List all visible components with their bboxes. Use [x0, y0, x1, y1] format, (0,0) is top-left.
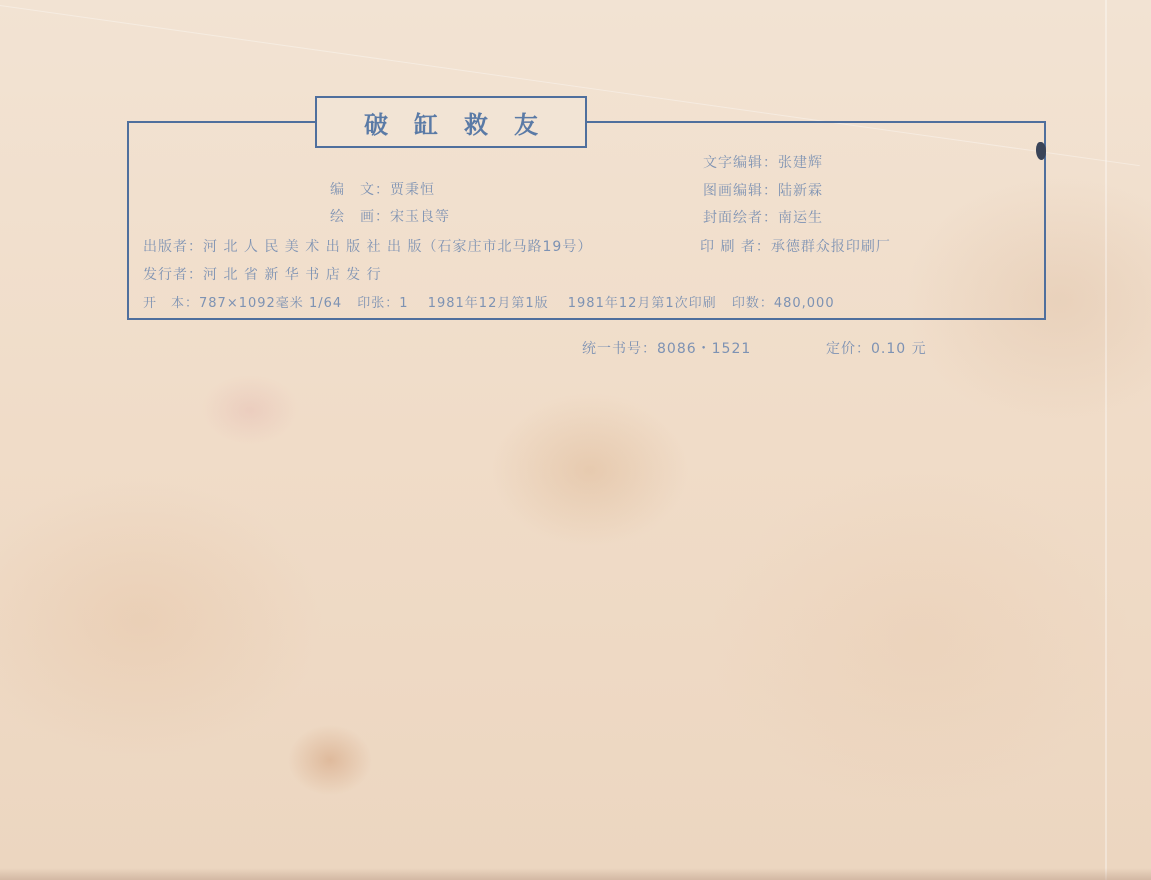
paper-crease [1105, 0, 1107, 880]
author-label: 编 文： [330, 182, 390, 198]
illustrator-label: 绘 画： [330, 209, 390, 225]
illustrator-name: 宋玉良等 [390, 209, 450, 225]
printing-value: 1981年12月第1次印刷 [568, 296, 717, 311]
text-editor-label: 文字编辑： [703, 155, 778, 171]
sheets-label: 印张： [357, 296, 399, 311]
distributor-name: 河 北 省 新 华 书 店 发 行 [203, 267, 382, 283]
art-editor-credit: 图画编辑：陆新霖 [703, 180, 823, 200]
cover-artist-label: 封面绘者： [703, 210, 778, 226]
cover-artist-name: 南运生 [778, 210, 823, 226]
publisher-label: 出版者： [143, 239, 203, 255]
ink-blot [1036, 142, 1046, 160]
price-value: 0.10 元 [871, 341, 927, 357]
isbn-line: 统一书号：8086・1521 [582, 338, 751, 358]
colophon-frame [127, 121, 1046, 320]
art-editor-name: 陆新霖 [778, 183, 823, 199]
edition-value: 1981年12月第1版 [428, 296, 549, 311]
art-editor-label: 图画编辑： [703, 183, 778, 199]
price-label: 定价： [826, 341, 871, 357]
distributor-line: 发行者：河 北 省 新 华 书 店 发 行 [143, 264, 382, 284]
printer-name: 承德群众报印刷厂 [771, 239, 891, 255]
book-title-box: 破缸救友 [315, 96, 587, 148]
distributor-label: 发行者： [143, 267, 203, 283]
publisher-name: 河 北 人 民 美 术 出 版 社 出 版（石家庄市北马路19号） [203, 239, 592, 255]
text-editor-name: 张建辉 [778, 155, 823, 171]
paper-worn-edge [0, 868, 1151, 880]
text-editor-credit: 文字编辑：张建辉 [703, 152, 823, 172]
author-name: 贾秉恒 [390, 182, 435, 198]
printer-line: 印 刷 者：承德群众报印刷厂 [700, 236, 891, 256]
sheets-value: 1 [399, 296, 408, 311]
format-value: 787×1092毫米 1/64 [199, 296, 342, 311]
book-title: 破缸救友 [338, 105, 564, 140]
isbn-label: 统一书号： [582, 341, 657, 357]
publisher-line: 出版者：河 北 人 民 美 术 出 版 社 出 版（石家庄市北马路19号） [143, 236, 592, 256]
illustrator-credit: 绘 画：宋玉良等 [330, 206, 450, 226]
print-run-label: 印数： [732, 296, 774, 311]
price-line: 定价：0.10 元 [826, 338, 927, 358]
print-run-value: 480,000 [774, 296, 835, 311]
format-label: 开 本： [143, 296, 199, 311]
specs-line: 开 本：787×1092毫米 1/64 印张：1 1981年12月第1版 198… [143, 292, 835, 311]
cover-artist-credit: 封面绘者：南运生 [703, 207, 823, 227]
isbn-value: 8086・1521 [657, 341, 751, 357]
printer-label: 印 刷 者： [700, 239, 771, 255]
author-credit: 编 文：贾秉恒 [330, 179, 435, 199]
